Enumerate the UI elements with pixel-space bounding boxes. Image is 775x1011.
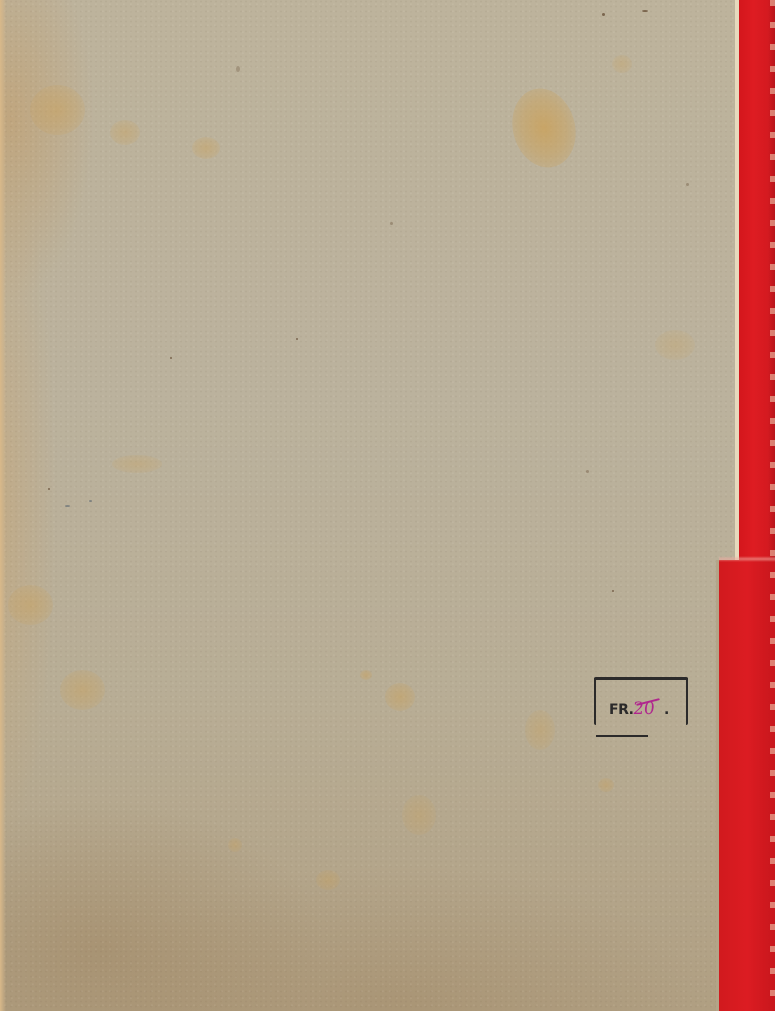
stain-left-1 [8, 585, 53, 625]
speck [390, 222, 393, 225]
back-cover-scan: FR. 20 . [0, 0, 775, 1011]
speck [642, 10, 648, 12]
stamp-underline [596, 735, 648, 737]
cover-left-edge [0, 0, 6, 1011]
stain-right-mid [655, 330, 695, 360]
speck [48, 488, 50, 490]
stain-center-2 [360, 670, 372, 680]
spine-worn-edge [770, 0, 775, 1011]
stamp-currency-label: FR. [609, 702, 633, 718]
stain-top-left-3 [192, 137, 220, 159]
stain-top-edge [612, 55, 632, 73]
stain-top-left-1 [30, 85, 85, 135]
speck [296, 338, 298, 340]
speck [602, 13, 605, 16]
stain-right-small [598, 778, 614, 792]
price-stamp: FR. 20 . [594, 677, 692, 739]
stamp-trailing-mark: . [664, 702, 669, 718]
stain-bottom-2 [228, 838, 242, 852]
stain-bottom-1 [316, 870, 340, 890]
speck [236, 66, 240, 72]
speck [89, 500, 92, 502]
spine-crease [719, 556, 775, 562]
cover-paper [0, 0, 735, 1011]
speck [586, 470, 589, 473]
stain-left-2 [60, 670, 105, 710]
stain-mid-left [112, 455, 162, 473]
speck [170, 357, 172, 359]
red-spine-lower [719, 560, 775, 1011]
stain-lower-center [402, 795, 436, 835]
stain-center-1 [385, 683, 415, 711]
stain-lower-right [525, 710, 555, 750]
speck [686, 183, 689, 186]
speck [65, 505, 70, 507]
speck [612, 590, 614, 592]
stain-top-left-2 [110, 120, 140, 145]
